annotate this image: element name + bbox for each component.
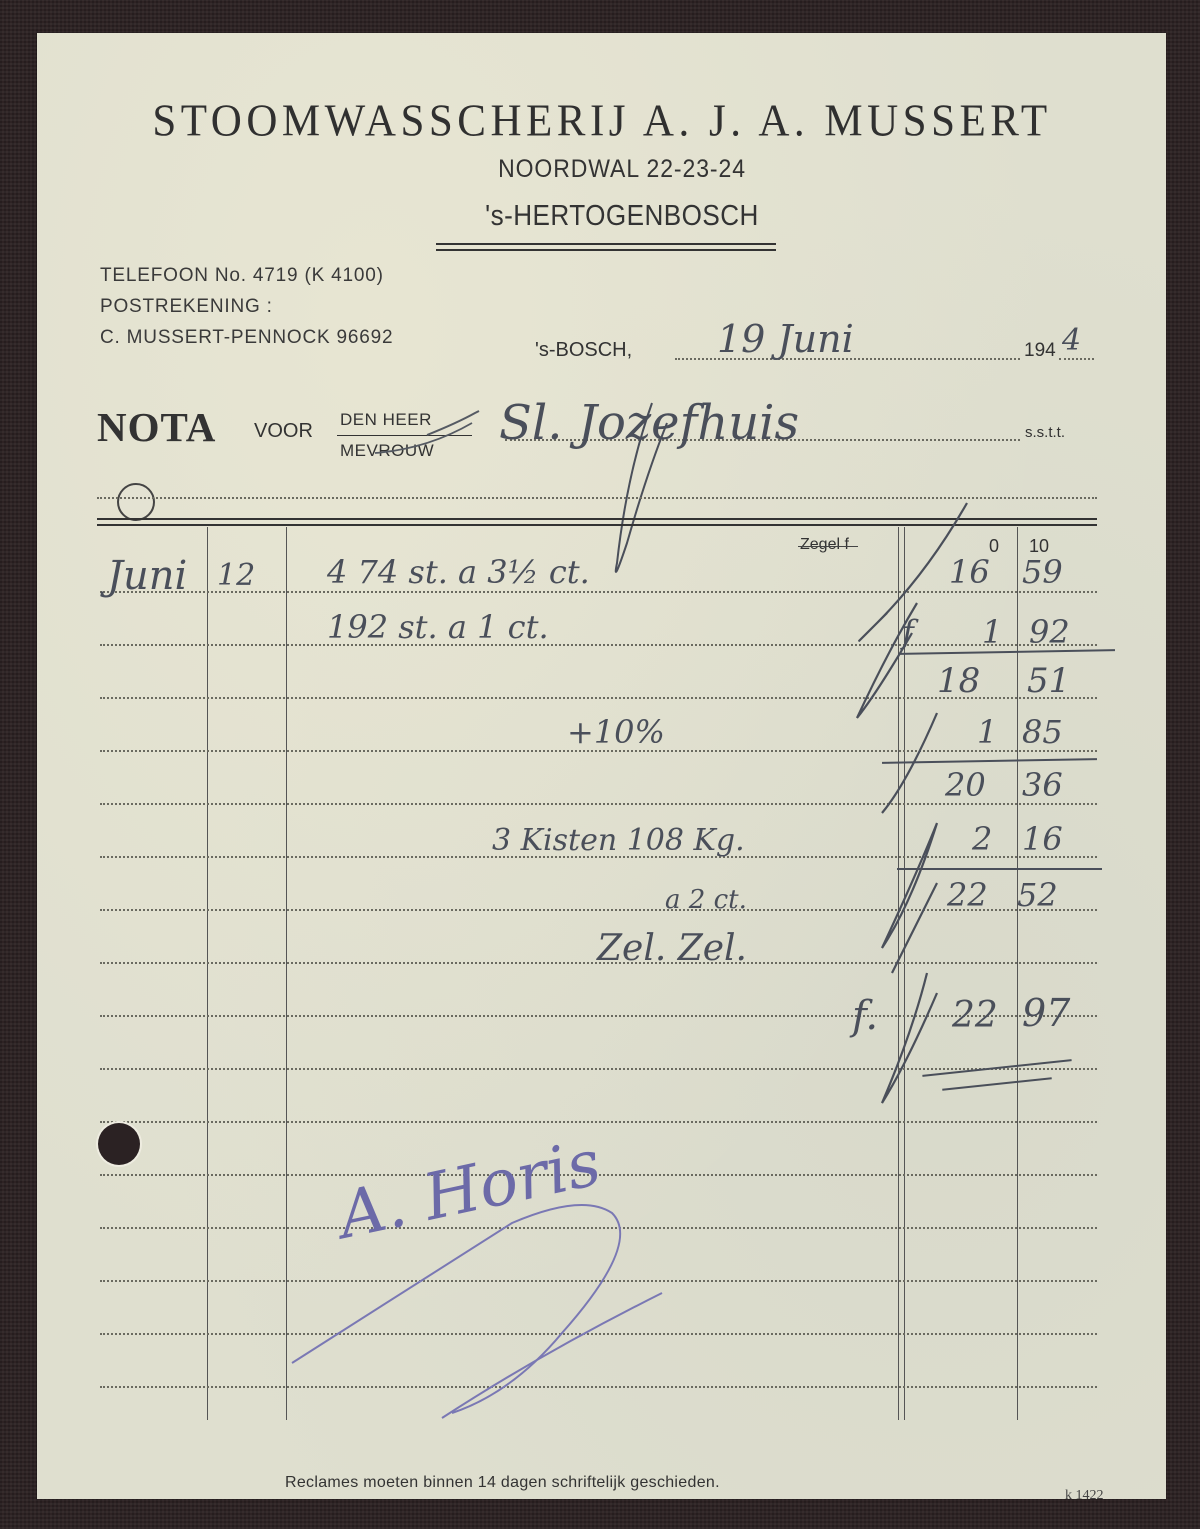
addressee-loop-stroke [597,393,687,593]
form-number: k 1422 [1065,1488,1104,1504]
company-name: STOOMWASSCHERIJ A. J. A. MUSSERT [97,96,1107,147]
row-cents: 16 [1022,820,1063,858]
row-day: 12 [217,558,255,593]
row-description: a 2 ct. [665,885,747,915]
handwritten-year-digit: 4 [1062,323,1081,358]
handwritten-date: 19 Juni [717,317,854,361]
postrekening-label: POSTREKENING : [100,296,273,318]
strikethrough-marks [367,405,517,475]
dateline-place: 's-BOSCH, [535,339,632,362]
row-cents: 36 [1022,766,1063,804]
postrekening-value: C. MUSSERT-PENNOCK 96692 [100,327,393,349]
address-underline-top [436,243,776,245]
row-cents: 92 [1029,613,1070,651]
row-description: 192 st. a 1 ct. [327,608,549,646]
company-city: 's-HERTOGENBOSCH [442,200,802,233]
punch-hole [98,1123,140,1165]
year-prefix: 194 [1024,340,1056,362]
row-description: +10% [567,713,665,751]
column-divider-cents [1017,527,1018,1420]
phone-number: TELEFOON No. 4719 (K 4100) [100,265,384,287]
year-dotted-line [1059,358,1094,360]
row-cents: 85 [1022,713,1063,751]
signature-flourish [282,1183,702,1423]
invoice-paper: STOOMWASSCHERIJ A. J. A. MUSSERT NOORDWA… [37,33,1166,1499]
address-underline-bottom [436,249,776,251]
row-month: Juni [107,553,187,599]
column-divider-month [207,527,208,1420]
voor-label: VOOR [254,420,313,443]
ruled-line [100,1121,1097,1123]
complaints-notice: Reclames moeten binnen 14 dagen schrifte… [285,1474,720,1492]
row-cents: 52 [1017,876,1058,914]
torn-punch-hole [117,483,155,521]
sstt-label: s.s.t.t. [1025,424,1065,441]
currency-flourish-strokes [817,493,1017,1113]
row-description: 4 74 st. a 3½ ct. [327,553,590,591]
nota-title: NOTA [97,403,216,451]
row-cents: 51 [1027,661,1070,701]
total-cents: 97 [1022,991,1070,1035]
row-description: 3 Kisten 108 Kg. [492,823,745,858]
company-address: NOORDWAL 22-23-24 [438,155,806,184]
row-description: Zel. Zel. [597,928,747,969]
row-cents: 59 [1022,553,1063,591]
